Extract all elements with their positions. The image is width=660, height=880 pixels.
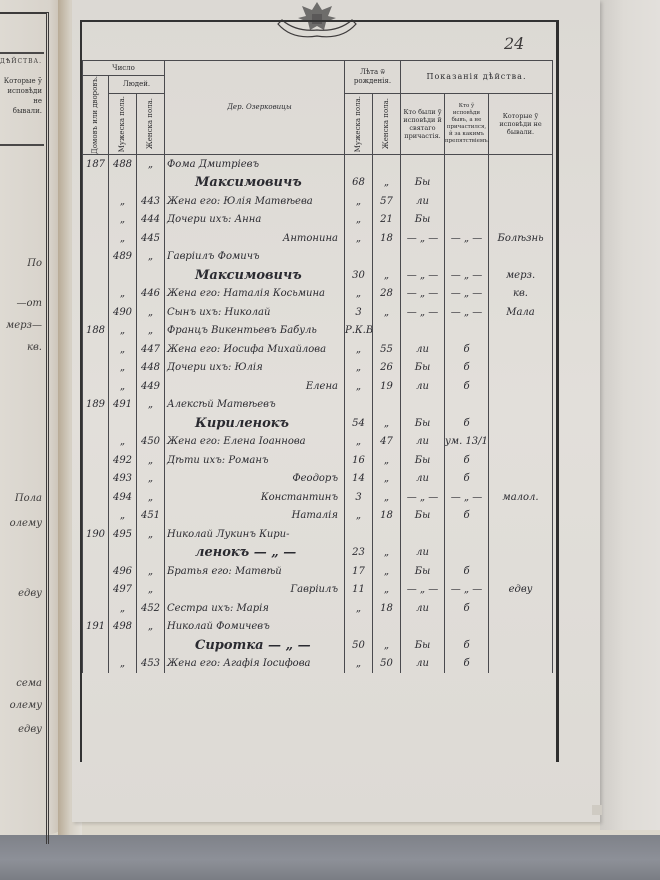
person-given-name: Францъ Викентьевъ Бабуль (167, 325, 317, 336)
person-given-name: Жена его: Елена Іоаннова (167, 436, 306, 447)
age-female: „ (373, 303, 401, 322)
person-name: Алексѣй Матвѣевъ (165, 395, 345, 414)
house-number (83, 192, 109, 211)
confessed-mark (401, 525, 445, 544)
house-number (83, 414, 109, 433)
absent-reason (489, 654, 553, 673)
female-number: 451 (137, 506, 165, 525)
house-number (83, 210, 109, 229)
pencil-mark (445, 321, 489, 340)
age-male: 30 (345, 266, 373, 285)
person-given-name: Николай Фомичевъ (167, 621, 270, 632)
house-number (83, 173, 109, 192)
confessed-mark: ли (401, 377, 445, 396)
male-number: 488 (109, 154, 137, 173)
confession-register-table: Число Дер. Озерковицы Лѣта ѿ рожденія. П… (82, 60, 553, 673)
age-female: „ (373, 636, 401, 655)
table-row: 191 498 „ Николай Фомичевъ (83, 617, 553, 636)
age-male (345, 154, 373, 173)
confessed-mark: — „ — (401, 580, 445, 599)
confessed-mark: ли (401, 432, 445, 451)
absent-reason (489, 340, 553, 359)
person-given-name: Антонина (283, 233, 338, 244)
person-given-name: Гавріилъ (291, 584, 338, 595)
house-number (83, 303, 109, 322)
person-given-name: Николай Лукинъ Кири- (167, 529, 290, 540)
person-name: Сиротка — „ — (165, 636, 345, 655)
pencil-mark: б (445, 451, 489, 470)
pencil-mark: б (445, 654, 489, 673)
age-female: „ (373, 173, 401, 192)
male-number: 492 (109, 451, 137, 470)
male-number: 489 (109, 247, 137, 266)
left-note: едву (18, 724, 42, 735)
age-male: 3 (345, 488, 373, 507)
header-number: Число (83, 61, 165, 76)
table-row: „ 444 Дочери ихъ: Анна „ 21 Бы (83, 210, 553, 229)
left-note: —от (16, 298, 42, 309)
absent-reason (489, 173, 553, 192)
person-given-name: Наталія (292, 510, 338, 521)
male-number: 491 (109, 395, 137, 414)
table-row: „ 451 Наталія „ 18 Бы б (83, 506, 553, 525)
age-female (373, 321, 401, 340)
age-male: „ (345, 599, 373, 618)
age-female: 28 (373, 284, 401, 303)
confessed-mark: ли (401, 599, 445, 618)
person-name: Гавріилъ (165, 580, 345, 599)
header-people: Людей. (109, 76, 165, 94)
house-number (83, 432, 109, 451)
table-row: „ 452 Сестра ихъ: Марія „ 18 ли б (83, 599, 553, 618)
person-given-name: Дочери ихъ: Юлія (167, 362, 263, 373)
table-row: 497 „ Гавріилъ 11 „ — „ — — „ — едву (83, 580, 553, 599)
absent-reason (489, 210, 553, 229)
house-number: 190 (83, 525, 109, 544)
header-age-male-label: Мужеска пола. (354, 96, 363, 152)
person-name: Дочери ихъ: Юлія (165, 358, 345, 377)
age-male: 3 (345, 303, 373, 322)
header-age-female: Женска пола. (373, 93, 401, 154)
house-number: 187 (83, 154, 109, 173)
age-female: 26 (373, 358, 401, 377)
house-number (83, 358, 109, 377)
male-number: 498 (109, 617, 137, 636)
absent-reason (489, 395, 553, 414)
pencil-mark: б (445, 358, 489, 377)
male-number: „ (109, 192, 137, 211)
table-row: Кириленокъ 54 „ Бы б (83, 414, 553, 433)
person-surname: Максимовичъ (167, 175, 344, 190)
age-male: 54 (345, 414, 373, 433)
absent-reason: едву (489, 580, 553, 599)
header-age: Лѣта ѿ рожденія. (345, 61, 401, 94)
absent-reason (489, 636, 553, 655)
house-number (83, 599, 109, 618)
age-female: 21 (373, 210, 401, 229)
age-male: 68 (345, 173, 373, 192)
house-number (83, 636, 109, 655)
age-female: „ (373, 562, 401, 581)
female-number: 443 (137, 192, 165, 211)
house-number (83, 229, 109, 248)
age-female (373, 617, 401, 636)
person-name: Фома Дмитріевъ (165, 154, 345, 173)
person-name: Сестра ихъ: Марія (165, 599, 345, 618)
header-male-count: Мужеска пола. (109, 93, 137, 154)
age-female: „ (373, 451, 401, 470)
table-row: „ 447 Жена его: Иосифа Михайлова „ 55 ли… (83, 340, 553, 359)
person-name: Кириленокъ (165, 414, 345, 433)
left-note: сема (16, 678, 42, 689)
absent-reason: Болѣзнь (489, 229, 553, 248)
pencil-mark: — „ — (445, 303, 489, 322)
age-male: 23 (345, 543, 373, 562)
person-name: Николай Фомичевъ (165, 617, 345, 636)
left-header-top: ДѢЙСТВА. (0, 58, 42, 65)
absent-reason: мерз. (489, 266, 553, 285)
register-page: 24 Число Дер. Озерковицы Лѣта ѿ рожденія… (72, 0, 600, 822)
person-name: Жена его: Иосифа Михайлова (165, 340, 345, 359)
left-note: Пола (15, 493, 42, 504)
house-number: 188 (83, 321, 109, 340)
house-number: 189 (83, 395, 109, 414)
header-female-count: Женска пола. (137, 93, 165, 154)
left-page-header: ДѢЙСТВА. Которые у̃ исповѣди не бывали. (0, 52, 44, 146)
left-note: По (27, 258, 42, 269)
page-corner (592, 805, 602, 815)
pencil-mark (445, 543, 489, 562)
female-number: 446 (137, 284, 165, 303)
age-male: 17 (345, 562, 373, 581)
left-header-main: Которые у̃ исповѣди не бывали. (2, 76, 42, 116)
age-female (373, 525, 401, 544)
pencil-mark: б (445, 340, 489, 359)
female-number (137, 543, 165, 562)
left-note: мерз— (6, 320, 42, 331)
confessed-mark: — „ — (401, 303, 445, 322)
header-confessed-not-communed: Кто у̃ исповѣди бывъ, а не причастился, … (445, 93, 489, 154)
pencil-mark: — „ — (445, 488, 489, 507)
house-number (83, 266, 109, 285)
male-number (109, 543, 137, 562)
age-female: 47 (373, 432, 401, 451)
age-male: „ (345, 654, 373, 673)
house-number (83, 543, 109, 562)
table-row: „ 446 Жена его: Наталія Косьмина „ 28 — … (83, 284, 553, 303)
confessed-mark: Бы (401, 358, 445, 377)
left-note: кв. (27, 342, 42, 353)
right-page-edge (600, 0, 660, 830)
person-given-name: Гавріилъ Фомичъ (167, 251, 260, 262)
person-given-name: Жена его: Иосифа Михайлова (167, 344, 326, 355)
pencil-mark (445, 617, 489, 636)
age-male: „ (345, 340, 373, 359)
absent-reason (489, 451, 553, 470)
person-name: Максимовичъ (165, 266, 345, 285)
table-row: Максимовичъ 68 „ Бы (83, 173, 553, 192)
absent-reason (489, 469, 553, 488)
female-number (137, 636, 165, 655)
male-number: „ (109, 284, 137, 303)
female-number: 453 (137, 654, 165, 673)
age-female: „ (373, 469, 401, 488)
house-number (83, 562, 109, 581)
header-female-count-label: Женска пола. (146, 98, 155, 149)
header-not-confessed: Которые у̃ исповѣди не бывали. (489, 93, 553, 154)
pencil-mark (445, 247, 489, 266)
pencil-mark: — „ — (445, 229, 489, 248)
person-name: Николай Лукинъ Кири- (165, 525, 345, 544)
header-confessed: Кто были у̃ исповѣди и̃ святаго причасті… (401, 93, 445, 154)
house-number (83, 340, 109, 359)
header-houses-label: Домовъ или дворовъ. (91, 76, 100, 154)
male-number: „ (109, 377, 137, 396)
age-female: „ (373, 266, 401, 285)
person-name: Жена его: Елена Іоаннова (165, 432, 345, 451)
pencil-mark (445, 210, 489, 229)
confessed-mark (401, 154, 445, 173)
age-female: 19 (373, 377, 401, 396)
age-male: „ (345, 192, 373, 211)
age-female (373, 154, 401, 173)
table-row: „ 445 Антонина „ 18 — „ — — „ — Болѣзнь (83, 229, 553, 248)
pencil-mark: б (445, 414, 489, 433)
age-female: „ (373, 488, 401, 507)
pencil-mark (445, 192, 489, 211)
absent-reason (489, 321, 553, 340)
absent-reason (489, 617, 553, 636)
person-name: Наталія (165, 506, 345, 525)
house-number (83, 506, 109, 525)
pencil-mark: б (445, 506, 489, 525)
confessed-mark: — „ — (401, 229, 445, 248)
age-male: „ (345, 358, 373, 377)
pencil-mark (445, 395, 489, 414)
house-number (83, 469, 109, 488)
confessed-mark: — „ — (401, 488, 445, 507)
age-male: „ (345, 432, 373, 451)
person-name: Жена его: Наталія Косьмина (165, 284, 345, 303)
absent-reason (489, 192, 553, 211)
confessed-mark (401, 395, 445, 414)
pencil-mark: — „ — (445, 580, 489, 599)
person-name: ленокъ — „ — (165, 543, 345, 562)
female-number: 448 (137, 358, 165, 377)
male-number (109, 636, 137, 655)
female-number (137, 414, 165, 433)
female-number: „ (137, 395, 165, 414)
age-male: „ (345, 210, 373, 229)
female-number: „ (137, 617, 165, 636)
confessed-mark (401, 617, 445, 636)
table-row: 188 „ „ Францъ Викентьевъ Бабуль Р.К.В. (83, 321, 553, 340)
male-number: 496 (109, 562, 137, 581)
female-number: „ (137, 303, 165, 322)
person-given-name: Дочери ихъ: Анна (167, 214, 261, 225)
person-surname: Кириленокъ (167, 416, 344, 431)
age-female: 18 (373, 229, 401, 248)
confessed-mark: Бы (401, 414, 445, 433)
age-male: „ (345, 284, 373, 303)
person-given-name: Фома Дмитріевъ (167, 159, 259, 170)
table-row: „ 443 Жена его: Юлія Матвѣева „ 57 ли (83, 192, 553, 211)
absent-reason (489, 506, 553, 525)
age-male: Р.К.В. (345, 321, 373, 340)
table-row: 189 491 „ Алексѣй Матвѣевъ (83, 395, 553, 414)
age-male: 14 (345, 469, 373, 488)
confessed-mark: Бы (401, 636, 445, 655)
confessed-mark: Бы (401, 451, 445, 470)
person-name: Гавріилъ Фомичъ (165, 247, 345, 266)
confessed-mark: ли (401, 340, 445, 359)
person-surname: ленокъ — „ — (167, 545, 344, 560)
table-row: 489 „ Гавріилъ Фомичъ (83, 247, 553, 266)
table-row: 490 „ Сынъ ихъ: Николай 3 „ — „ — — „ — … (83, 303, 553, 322)
table-row: 494 „ Константинъ 3 „ — „ — — „ — малол. (83, 488, 553, 507)
confessed-mark: — „ — (401, 284, 445, 303)
header-male-count-label: Мужеска пола. (118, 96, 127, 152)
pencil-mark: б (445, 377, 489, 396)
female-number: „ (137, 562, 165, 581)
absent-reason (489, 358, 553, 377)
female-number: „ (137, 154, 165, 173)
pencil-mark: б (445, 562, 489, 581)
table-row: 190 495 „ Николай Лукинъ Кири- (83, 525, 553, 544)
person-given-name: Сынъ ихъ: Николай (167, 307, 270, 318)
table-row: 493 „ Феодоръ 14 „ ли б (83, 469, 553, 488)
male-number: 493 (109, 469, 137, 488)
female-number: „ (137, 247, 165, 266)
person-name: Жена его: Юлія Матвѣева (165, 192, 345, 211)
age-female: „ (373, 414, 401, 433)
house-number (83, 284, 109, 303)
table-row: 492 „ Дѣти ихъ: Романъ 16 „ Бы б (83, 451, 553, 470)
age-male: „ (345, 229, 373, 248)
house-number (83, 580, 109, 599)
person-surname: Максимовичъ (167, 268, 344, 283)
pencil-mark: б (445, 469, 489, 488)
house-number (83, 377, 109, 396)
absent-reason (489, 562, 553, 581)
village-heading: Дер. Озерковицы (165, 61, 345, 155)
male-number (109, 173, 137, 192)
left-note: олему (10, 518, 42, 529)
age-female: 18 (373, 506, 401, 525)
person-given-name: Жена его: Агафія Іосифова (167, 658, 310, 669)
absent-reason (489, 432, 553, 451)
confessed-mark: ли (401, 654, 445, 673)
female-number (137, 266, 165, 285)
female-number: „ (137, 321, 165, 340)
person-name: Антонина (165, 229, 345, 248)
pencil-mark (445, 154, 489, 173)
person-name: Максимовичъ (165, 173, 345, 192)
pencil-mark: — „ — (445, 284, 489, 303)
age-male (345, 247, 373, 266)
table-row: „ 453 Жена его: Агафія Іосифова „ 50 ли … (83, 654, 553, 673)
female-number: 447 (137, 340, 165, 359)
person-name: Феодоръ (165, 469, 345, 488)
confessed-mark: — „ — (401, 266, 445, 285)
male-number: „ (109, 340, 137, 359)
person-name: Дѣти ихъ: Романъ (165, 451, 345, 470)
female-number: 445 (137, 229, 165, 248)
person-surname: Сиротка — „ — (167, 638, 344, 653)
confessed-mark: ли (401, 543, 445, 562)
age-male: „ (345, 377, 373, 396)
header-houses: Домовъ или дворовъ. (83, 76, 109, 155)
female-number: 450 (137, 432, 165, 451)
confessed-mark: Бы (401, 210, 445, 229)
absent-reason (489, 377, 553, 396)
age-male: 11 (345, 580, 373, 599)
confessed-mark (401, 247, 445, 266)
absent-reason: Мала (489, 303, 553, 322)
male-number: 490 (109, 303, 137, 322)
age-female (373, 247, 401, 266)
pencil-mark: б (445, 599, 489, 618)
table-row: „ 450 Жена его: Елена Іоаннова „ 47 ли у… (83, 432, 553, 451)
age-female: 50 (373, 654, 401, 673)
person-name: Елена (165, 377, 345, 396)
male-number: „ (109, 210, 137, 229)
confessed-mark: Бы (401, 173, 445, 192)
female-number: „ (137, 451, 165, 470)
confessed-mark: ли (401, 192, 445, 211)
age-female: 18 (373, 599, 401, 618)
female-number: „ (137, 525, 165, 544)
table-row: 496 „ Братья его: Матвѣй 17 „ Бы б (83, 562, 553, 581)
pencil-mark: б (445, 636, 489, 655)
table-row: 187 488 „ Фома Дмитріевъ (83, 154, 553, 173)
female-number: 444 (137, 210, 165, 229)
person-name: Константинъ (165, 488, 345, 507)
table-row: Максимовичъ 30 „ — „ — — „ — мерз. (83, 266, 553, 285)
absent-reason (489, 525, 553, 544)
male-number: „ (109, 229, 137, 248)
female-number: 452 (137, 599, 165, 618)
absent-reason (489, 599, 553, 618)
person-given-name: Феодоръ (292, 473, 338, 484)
male-number: „ (109, 506, 137, 525)
house-number (83, 451, 109, 470)
pencil-mark: ум. 13/11 14 (445, 432, 489, 451)
person-name: Сынъ ихъ: Николай (165, 303, 345, 322)
header-age-male: Мужеска пола. (345, 93, 373, 154)
left-page-edge: ДѢЙСТВА. Которые у̃ исповѣди не бывали. … (0, 0, 62, 835)
person-given-name: Братья его: Матвѣй (167, 566, 282, 577)
male-number: „ (109, 358, 137, 377)
male-number (109, 414, 137, 433)
male-number: „ (109, 599, 137, 618)
table-row: Сиротка — „ — 50 „ Бы б (83, 636, 553, 655)
house-number (83, 654, 109, 673)
absent-reason (489, 247, 553, 266)
age-male (345, 395, 373, 414)
house-number (83, 488, 109, 507)
person-given-name: Константинъ (261, 492, 338, 503)
absent-reason (489, 414, 553, 433)
table-row: „ 449 Елена „ 19 ли б (83, 377, 553, 396)
person-name: Жена его: Агафія Іосифова (165, 654, 345, 673)
age-male: 50 (345, 636, 373, 655)
male-number: 497 (109, 580, 137, 599)
person-name: Францъ Викентьевъ Бабуль (165, 321, 345, 340)
age-male: „ (345, 506, 373, 525)
age-female: „ (373, 580, 401, 599)
age-female: „ (373, 543, 401, 562)
